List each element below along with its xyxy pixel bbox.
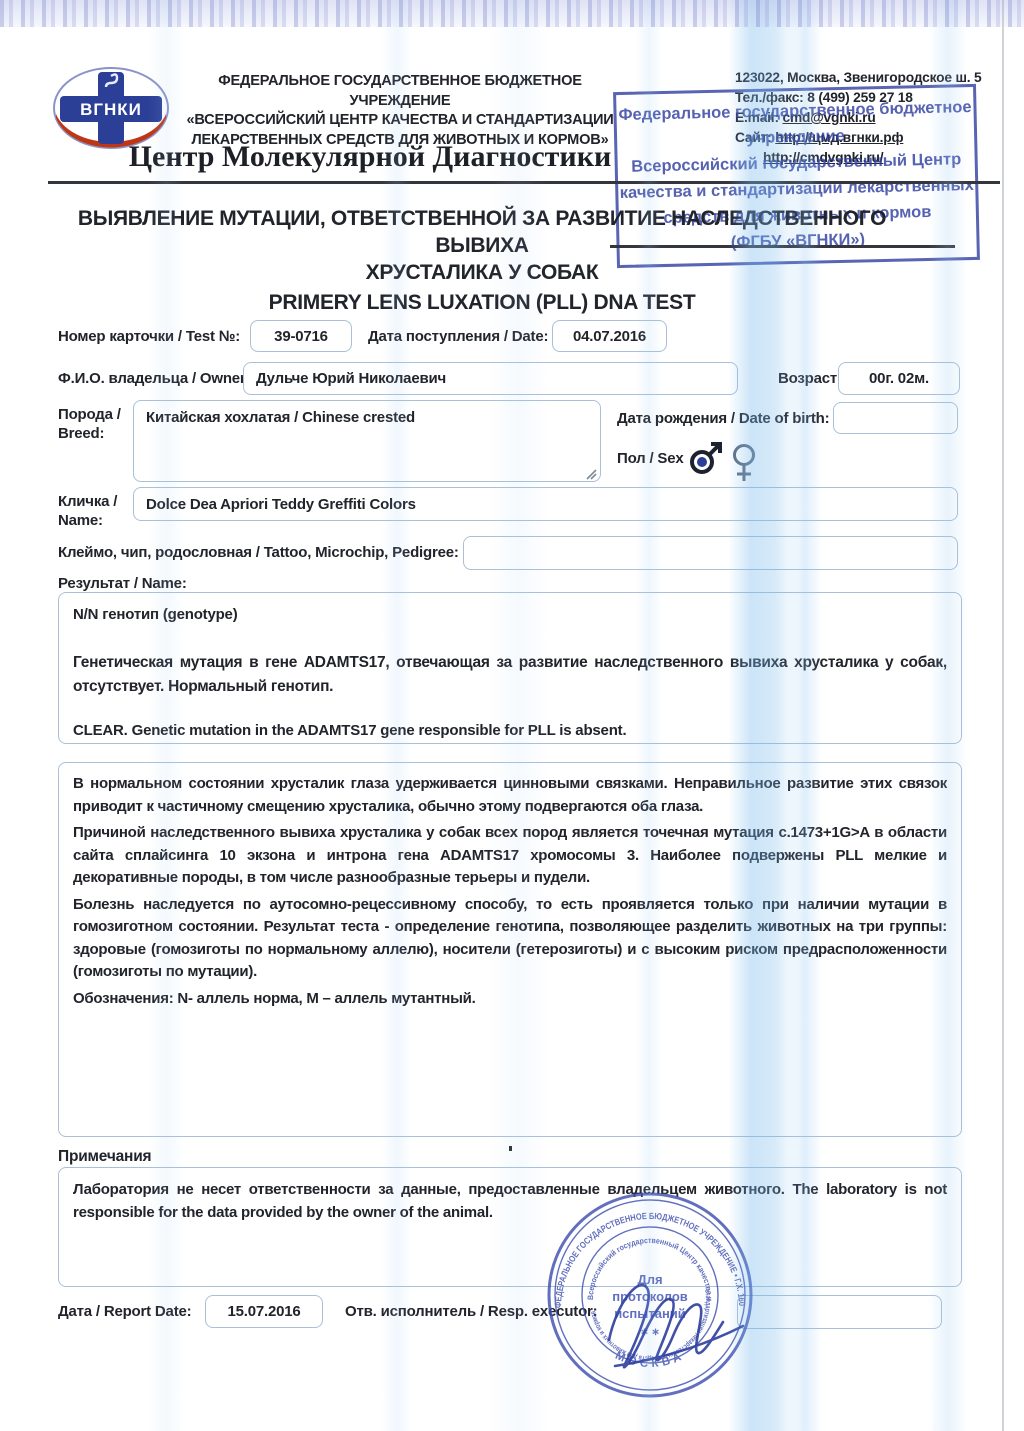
report-date-label: Дата / Report Date: (58, 1303, 191, 1320)
dob-label: Дата рождения / Date of birth: (617, 410, 829, 427)
report-date-value: 15.07.2016 (227, 1303, 300, 1320)
age-value: 00г. 02м. (869, 370, 929, 387)
org-name: ФЕДЕРАЛЬНОЕ ГОСУДАРСТВЕННОЕ БЮДЖЕТНОЕ УЧ… (178, 72, 622, 150)
info-box[interactable]: В нормальном состоянии хрусталик глаза у… (58, 762, 962, 1137)
owner-field[interactable]: Дульче Юрий Николаевич (243, 362, 738, 395)
dog-name-value: Dolce Dea Apriori Teddy Greffiti Colors (146, 496, 416, 513)
info-paragraph: Болезнь наследуется по аутосомно-рецесси… (73, 894, 947, 984)
document-title: ВЫЯВЛЕНИЕ МУТАЦИИ, ОТВЕТСТВЕННОЙ ЗА РАЗВ… (40, 205, 924, 316)
info-paragraph: В нормальном состоянии хрусталик глаза у… (73, 773, 947, 818)
title-line-ru2: ХРУСТАЛИКА У СОБАК (40, 259, 924, 286)
vgnki-logo: ВГНКИ (52, 66, 170, 150)
center-name: Центр Молекулярной Диагностики (80, 140, 660, 174)
tattoo-field[interactable] (463, 536, 958, 570)
org-name-line: ФЕДЕРАЛЬНОЕ ГОСУДАРСТВЕННОЕ БЮДЖЕТНОЕ УЧ… (178, 72, 622, 111)
result-text-en: CLEAR. Genetic mutation in the ADAMTS17 … (73, 719, 947, 743)
owner-label: Ф.И.О. владельца / Owner: (58, 370, 250, 387)
title-line-en: PRIMERY LENS LUXATION (PLL) DNA TEST (40, 289, 924, 316)
breed-label: Порода / Breed: (58, 405, 133, 443)
result-text-ru: Генетическая мутация в гене ADAMTS17, от… (73, 651, 947, 699)
report-date-field[interactable]: 15.07.2016 (205, 1295, 323, 1328)
logo-text: ВГНКИ (80, 100, 142, 119)
executor-field[interactable] (737, 1295, 942, 1329)
signature (595, 1268, 765, 1378)
date-in-label: Дата поступления / Date: (368, 328, 548, 345)
rect-stamp-line: Федеральное государственное бюджетное (618, 94, 972, 128)
rect-stamp-line: учреждение (746, 123, 845, 151)
age-label: Возраст (778, 370, 837, 387)
test-no-field[interactable]: 39-0716 (250, 320, 352, 352)
page-edge-line (1002, 0, 1004, 1431)
breed-textarea[interactable]: Китайская хохлатая / Chinese crested (133, 400, 601, 482)
breed-value: Китайская хохлатая / Chinese crested (134, 401, 600, 434)
resize-grip-icon[interactable] (586, 467, 597, 478)
date-in-field[interactable]: 04.07.2016 (552, 320, 667, 352)
header-divider (48, 181, 1000, 184)
dog-name-field[interactable]: Dolce Dea Apriori Teddy Greffiti Colors (133, 487, 958, 521)
date-in-value: 04.07.2016 (573, 328, 646, 345)
result-label: Результат / Name: (58, 575, 187, 592)
result-genotype: N/N генотип (genotype) (73, 603, 947, 627)
info-paragraph: Обозначения: N- аллель норма, M – аллель… (73, 988, 947, 1011)
result-box[interactable]: N/N генотип (genotype) Генетическая мута… (58, 592, 962, 744)
test-no-value: 39-0716 (274, 328, 328, 345)
notes-label: Примечания (58, 1148, 151, 1166)
dob-field[interactable] (833, 402, 958, 434)
org-name-line: «ВСЕРОССИЙСКИЙ ЦЕНТР КАЧЕСТВА И СТАНДАРТ… (178, 111, 622, 131)
tattoo-label: Клеймо, чип, родословная / Tattoo, Micro… (58, 544, 459, 561)
sex-label: Пол / Sex (617, 450, 684, 467)
scan-dot (509, 1146, 512, 1151)
title-line-ru1: ВЫЯВЛЕНИЕ МУТАЦИИ, ОТВЕТСТВЕННОЙ ЗА РАЗВ… (40, 205, 924, 259)
test-no-label: Номер карточки / Test №: (58, 328, 240, 345)
owner-value: Дульче Юрий Николаевич (256, 370, 446, 387)
notes-box[interactable]: Лаборатория не несет ответственности за … (58, 1167, 962, 1287)
dog-name-label: Кличка / Name: (58, 492, 133, 530)
notes-text: Лаборатория не несет ответственности за … (59, 1168, 961, 1234)
info-paragraph: Причиной наследственного вывиха хрустали… (73, 822, 947, 890)
male-icon[interactable] (686, 438, 726, 478)
female-icon[interactable] (728, 443, 760, 485)
document-page: ВГНКИ ФЕДЕРАЛЬНОЕ ГОСУДАРСТВЕННОЕ БЮДЖЕТ… (0, 0, 1024, 1431)
age-field[interactable]: 00г. 02м. (838, 362, 960, 395)
scan-noise-band (0, 0, 1024, 27)
